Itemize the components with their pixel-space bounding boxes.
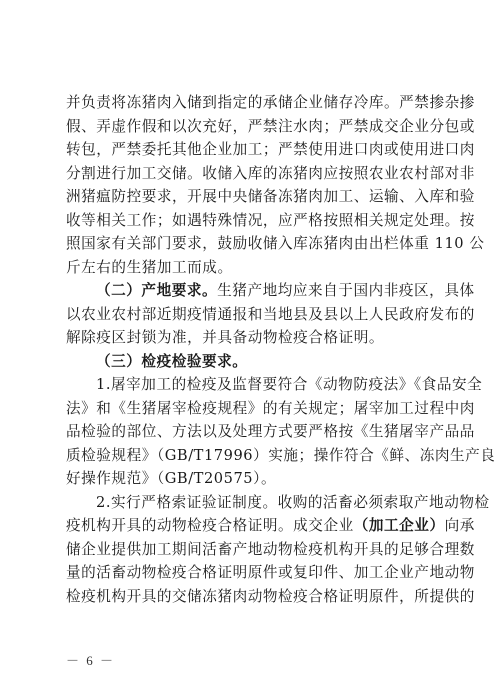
text-line: 质检验规程》（GB/T17996）实施；操作符合《鲜、冻肉生产良 [66,444,430,468]
text-line: 斤左右的生猪加工而成。 [66,256,430,280]
text-line: 照国家有关部门要求，鼓励收储入库冻猪肉由出栏体重 110 公 [66,232,430,256]
text-line: 1.屠宰加工的检疫及监督要符合《动物防疫法》《食品安全 [66,373,430,397]
section-heading-origin: （二）产地要求。 [96,282,217,299]
text-line: 收等相关工作；如遇特殊情况，应严格按照相关规定处理。按 [66,209,430,233]
text-line: 以农业农村部近期疫情通报和当地县及县以上人民政府发布的 [66,303,430,327]
text-line: 好操作规范》（GB/T20575）。 [66,467,430,491]
section-three-line: （三）检疫检验要求。 [66,350,430,374]
document-page: 并负责将冻猪肉入储到指定的承储企业储存冷库。严禁掺杂掺 假、弄虚作假和以次充好，… [0,0,494,700]
text-span: 生猪产地均应来自于国内非疫区，具体 [217,282,474,299]
section-two-line: （二）产地要求。生猪产地均应来自于国内非疫区，具体 [66,279,430,303]
text-line: 量的活畜动物检疫合格证明原件或复印件、加工企业产地动物 [66,561,430,585]
text-span: 疫机构开具的动物检疫合格证明。成交企业 [66,517,354,534]
text-line: 检疫机构开具的交储冻猪肉动物检疫合格证明原件，所提供的 [66,585,430,609]
text-line-emphasis: 疫机构开具的动物检疫合格证明。成交企业（加工企业）向承 [66,514,430,538]
text-span: 向承 [445,517,475,534]
page-number: － 6 － [66,650,115,669]
body-text: 并负责将冻猪肉入储到指定的承储企业储存冷库。严禁掺杂掺 假、弄虚作假和以次充好，… [66,91,430,608]
text-line: 法》和《生猪屠宰检疫规程》的有关规定；屠宰加工过程中肉 [66,397,430,421]
text-line: 洲猪瘟防控要求，开展中央储备冻猪肉加工、运输、入库和验 [66,185,430,209]
text-line: 储企业提供加工期间活畜产地动物检疫机构开具的足够合理数 [66,538,430,562]
text-line: 解除疫区封锁为准，并具备动物检疫合格证明。 [66,326,430,350]
text-line: 分割进行加工交储。收储入库的冻猪肉应按照农业农村部对非 [66,162,430,186]
text-line: 转包，严禁委托其他企业加工；严禁使用进口肉或使用进口肉 [66,138,430,162]
section-heading-inspection: （三）检疫检验要求。 [96,353,247,370]
text-line: 2.实行严格索证验证制度。收购的活畜必须索取产地动物检 [66,491,430,515]
text-line: 品检验的部位、方法以及处理方式要严格按《生猪屠宰产品品 [66,420,430,444]
emphasis-span: （加工企业） [354,517,445,534]
text-line: 假、弄虚作假和以次充好，严禁注水肉；严禁成交企业分包或 [66,115,430,139]
text-line: 并负责将冻猪肉入储到指定的承储企业储存冷库。严禁掺杂掺 [66,91,430,115]
